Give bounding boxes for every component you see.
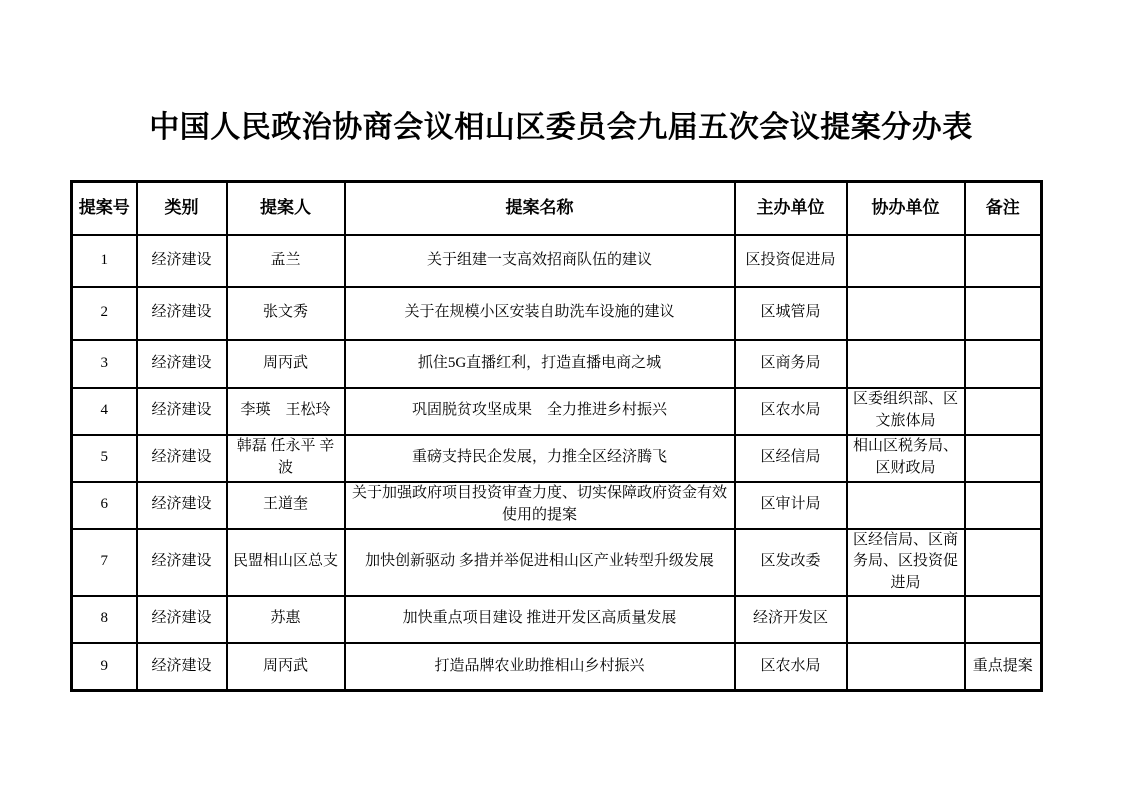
cell-proposal-name: 关于加强政府项目投资审查力度、切实保障政府资金有效使用的提案	[345, 482, 735, 529]
cell-category: 经济建设	[137, 340, 227, 388]
cell-host-unit: 区农水局	[735, 643, 847, 691]
cell-co-unit	[847, 340, 965, 388]
cell-note: 重点提案	[965, 643, 1042, 691]
cell-proposal-no: 3	[72, 340, 137, 388]
cell-proposal-no: 2	[72, 287, 137, 340]
cell-co-unit: 区经信局、区商务局、区投资促进局	[847, 529, 965, 596]
proposal-table: 提案号 类别 提案人 提案名称 主办单位 协办单位 备注 1 经济建设 孟兰 关…	[70, 180, 1043, 692]
cell-proposal-no: 6	[72, 482, 137, 529]
cell-note	[965, 435, 1042, 482]
cell-proposer: 周丙武	[227, 643, 345, 691]
cell-proposal-name: 关于在规模小区安装自助洗车设施的建议	[345, 287, 735, 340]
cell-co-unit	[847, 287, 965, 340]
cell-co-unit: 相山区税务局、区财政局	[847, 435, 965, 482]
cell-category: 经济建设	[137, 388, 227, 435]
cell-host-unit: 区经信局	[735, 435, 847, 482]
cell-co-unit: 区委组织部、区文旅体局	[847, 388, 965, 435]
header-category: 类别	[137, 182, 227, 235]
cell-host-unit: 区审计局	[735, 482, 847, 529]
cell-note	[965, 529, 1042, 596]
cell-proposer: 韩磊 任永平 辛波	[227, 435, 345, 482]
table-row: 1 经济建设 孟兰 关于组建一支高效招商队伍的建议 区投资促进局	[72, 235, 1042, 287]
cell-category: 经济建设	[137, 435, 227, 482]
cell-host-unit: 经济开发区	[735, 596, 847, 643]
page-title: 中国人民政治协商会议相山区委员会九届五次会议提案分办表	[0, 0, 1122, 150]
table-row: 3 经济建设 周丙武 抓住5G直播红利，打造直播电商之城 区商务局	[72, 340, 1042, 388]
cell-proposer: 王道奎	[227, 482, 345, 529]
cell-category: 经济建设	[137, 596, 227, 643]
cell-host-unit: 区投资促进局	[735, 235, 847, 287]
cell-proposal-name: 抓住5G直播红利，打造直播电商之城	[345, 340, 735, 388]
cell-category: 经济建设	[137, 482, 227, 529]
cell-proposer: 张文秀	[227, 287, 345, 340]
table-row: 8 经济建设 苏惠 加快重点项目建设 推进开发区高质量发展 经济开发区	[72, 596, 1042, 643]
cell-proposer: 苏惠	[227, 596, 345, 643]
cell-note	[965, 388, 1042, 435]
cell-note	[965, 287, 1042, 340]
cell-proposal-no: 7	[72, 529, 137, 596]
cell-proposal-no: 5	[72, 435, 137, 482]
cell-co-unit	[847, 596, 965, 643]
cell-proposer: 李瑛 王松玲	[227, 388, 345, 435]
header-note: 备注	[965, 182, 1042, 235]
cell-host-unit: 区城管局	[735, 287, 847, 340]
table-row: 7 经济建设 民盟相山区总支 加快创新驱动 多措并举促进相山区产业转型升级发展 …	[72, 529, 1042, 596]
cell-proposer: 民盟相山区总支	[227, 529, 345, 596]
cell-note	[965, 235, 1042, 287]
cell-co-unit	[847, 643, 965, 691]
cell-category: 经济建设	[137, 529, 227, 596]
table-row: 2 经济建设 张文秀 关于在规模小区安装自助洗车设施的建议 区城管局	[72, 287, 1042, 340]
cell-proposal-no: 9	[72, 643, 137, 691]
header-proposer: 提案人	[227, 182, 345, 235]
cell-proposer: 孟兰	[227, 235, 345, 287]
cell-note	[965, 340, 1042, 388]
cell-proposal-no: 1	[72, 235, 137, 287]
cell-proposal-name: 重磅支持民企发展，力推全区经济腾飞	[345, 435, 735, 482]
cell-category: 经济建设	[137, 643, 227, 691]
cell-proposal-name: 加快重点项目建设 推进开发区高质量发展	[345, 596, 735, 643]
cell-note	[965, 482, 1042, 529]
table-row: 5 经济建设 韩磊 任永平 辛波 重磅支持民企发展，力推全区经济腾飞 区经信局 …	[72, 435, 1042, 482]
table-row: 6 经济建设 王道奎 关于加强政府项目投资审查力度、切实保障政府资金有效使用的提…	[72, 482, 1042, 529]
cell-category: 经济建设	[137, 235, 227, 287]
cell-host-unit: 区发改委	[735, 529, 847, 596]
cell-proposal-name: 加快创新驱动 多措并举促进相山区产业转型升级发展	[345, 529, 735, 596]
cell-proposal-no: 8	[72, 596, 137, 643]
cell-note	[965, 596, 1042, 643]
cell-host-unit: 区商务局	[735, 340, 847, 388]
table-row: 9 经济建设 周丙武 打造品牌农业助推相山乡村振兴 区农水局 重点提案	[72, 643, 1042, 691]
cell-proposal-no: 4	[72, 388, 137, 435]
cell-host-unit: 区农水局	[735, 388, 847, 435]
cell-co-unit	[847, 235, 965, 287]
cell-proposer: 周丙武	[227, 340, 345, 388]
cell-category: 经济建设	[137, 287, 227, 340]
header-co-unit: 协办单位	[847, 182, 965, 235]
header-proposal-name: 提案名称	[345, 182, 735, 235]
table-row: 4 经济建设 李瑛 王松玲 巩固脱贫攻坚成果 全力推进乡村振兴 区农水局 区委组…	[72, 388, 1042, 435]
cell-co-unit	[847, 482, 965, 529]
cell-proposal-name: 巩固脱贫攻坚成果 全力推进乡村振兴	[345, 388, 735, 435]
cell-proposal-name: 关于组建一支高效招商队伍的建议	[345, 235, 735, 287]
cell-proposal-name: 打造品牌农业助推相山乡村振兴	[345, 643, 735, 691]
table-header-row: 提案号 类别 提案人 提案名称 主办单位 协办单位 备注	[72, 182, 1042, 235]
header-proposal-no: 提案号	[72, 182, 137, 235]
document-page: 中国人民政治协商会议相山区委员会九届五次会议提案分办表 提案号 类别 提案人 提…	[0, 0, 1122, 793]
header-host-unit: 主办单位	[735, 182, 847, 235]
